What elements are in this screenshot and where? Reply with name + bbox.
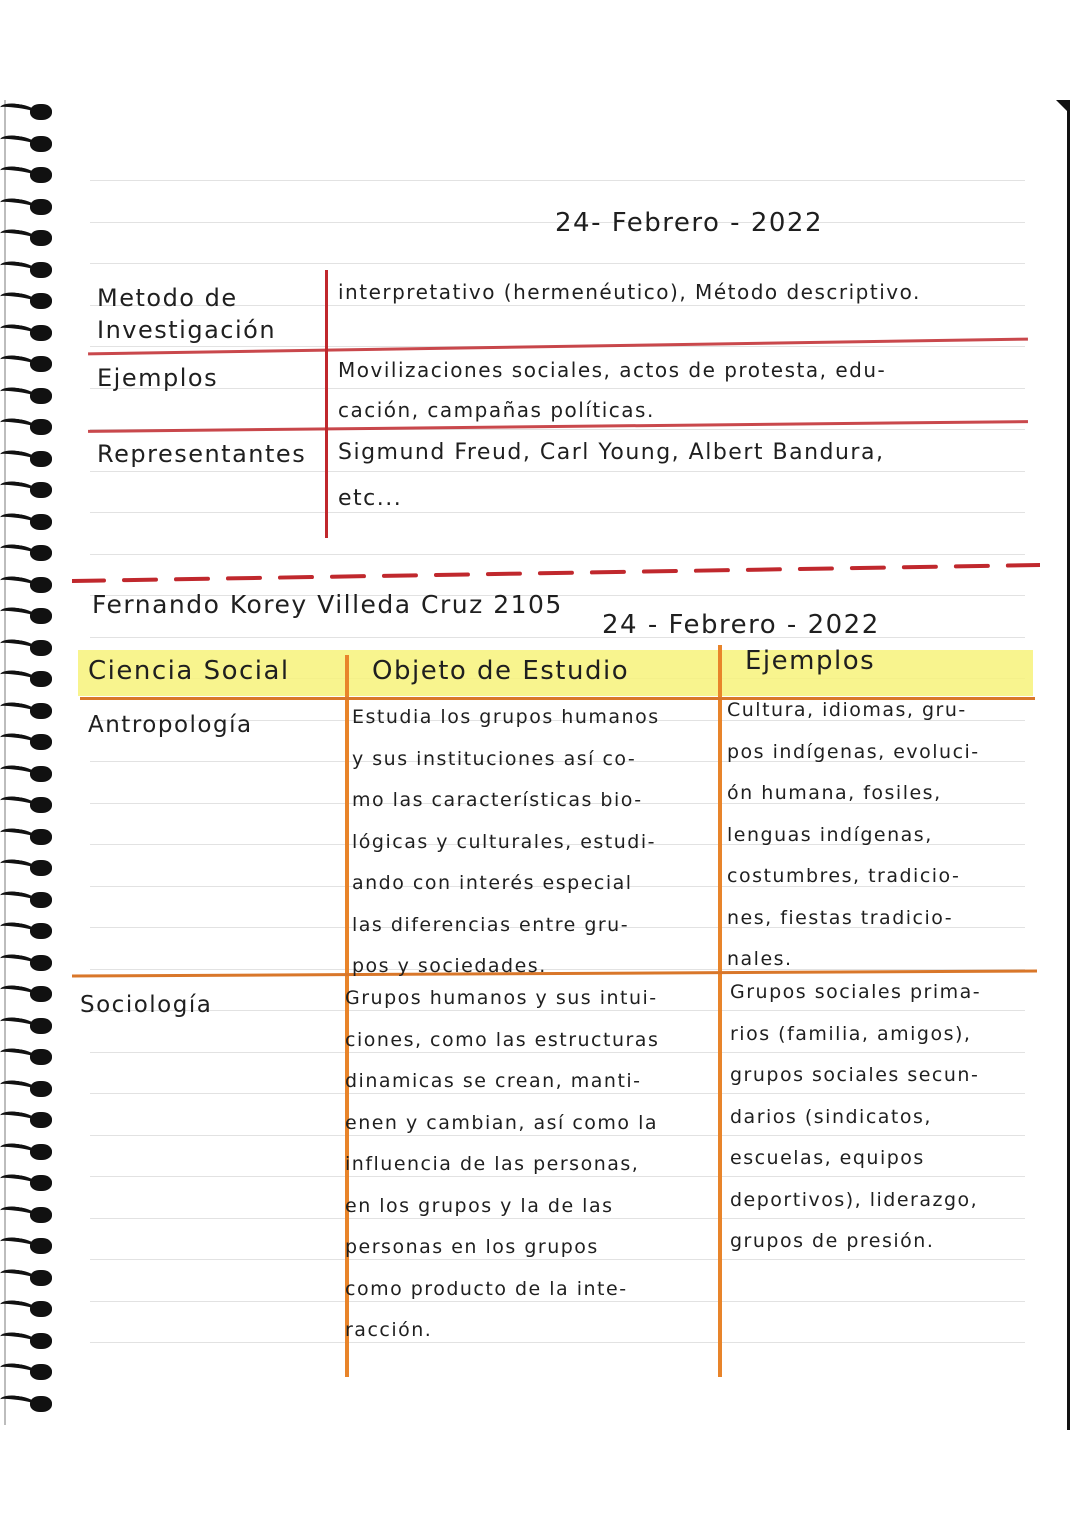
- spiral-coil: [0, 352, 52, 372]
- spiral-coil: [0, 415, 52, 435]
- spiral-coil: [0, 478, 52, 498]
- spiral-coil: [0, 1203, 52, 1223]
- spiral-coil: [0, 321, 52, 341]
- science-sociologia: Sociología: [80, 992, 212, 1018]
- spiral-coil: [0, 510, 52, 530]
- table1-divider: [325, 270, 328, 538]
- spiral-coil: [0, 132, 52, 152]
- example-line: costumbres, tradicio-: [727, 856, 980, 898]
- spiral-binding: [0, 100, 60, 1430]
- spiral-coil: [0, 195, 52, 215]
- spiral-coil: [0, 825, 52, 845]
- page-edge: [1067, 100, 1080, 1430]
- row-label-ejemplos: Ejemplos: [97, 362, 218, 394]
- object-line: influencia de las personas,: [345, 1144, 659, 1186]
- object-line: enen y cambian, así como la: [345, 1103, 659, 1145]
- object-line: como producto de la inte-: [345, 1269, 659, 1311]
- spiral-coil: [0, 1077, 52, 1097]
- spiral-coil: [0, 226, 52, 246]
- section2-date: 24 - Febrero - 2022: [602, 610, 880, 640]
- example-line: Grupos sociales prima-: [730, 972, 981, 1014]
- example-line: grupos sociales secun-: [730, 1055, 981, 1097]
- science-antropologia: Antropología: [88, 712, 253, 738]
- example-line: lenguas indígenas,: [727, 815, 980, 857]
- spiral-coil: [0, 667, 52, 687]
- spiral-coil: [0, 258, 52, 278]
- object-line: lógicas y culturales, estudi-: [352, 822, 660, 864]
- object-line: personas en los grupos: [345, 1227, 659, 1269]
- object-sociologia: Grupos humanos y sus intui-ciones, como …: [345, 978, 659, 1352]
- author-name: Fernando Korey Villeda Cruz 2105: [92, 590, 563, 619]
- object-line: y sus instituciones así co-: [352, 739, 660, 781]
- object-line: ciones, como las estructuras: [345, 1020, 659, 1062]
- spiral-coil: [0, 1171, 52, 1191]
- spiral-coil: [0, 604, 52, 624]
- header-objeto-estudio: Objeto de Estudio: [372, 656, 629, 686]
- object-line: las diferencias entre gru-: [352, 905, 660, 947]
- example-line: darios (sindicatos,: [730, 1097, 981, 1139]
- spiral-coil: [0, 447, 52, 467]
- section1-date: 24- Febrero - 2022: [555, 208, 823, 238]
- table2-divider: [718, 645, 722, 1377]
- example-line: pos indígenas, evoluci-: [727, 732, 980, 774]
- row-content-representantes: Sigmund Freud, Carl Young, Albert Bandur…: [338, 430, 1038, 522]
- spiral-coil: [0, 100, 52, 120]
- header-ejemplos: Ejemplos: [745, 646, 875, 676]
- examples-antropologia: Cultura, idiomas, gru-pos indígenas, evo…: [727, 690, 980, 981]
- examples-sociologia: Grupos sociales prima-rios (familia, ami…: [730, 972, 981, 1263]
- row-content-ejemplos: Movilizaciones sociales, actos de protes…: [338, 350, 1038, 430]
- spiral-coil: [0, 856, 52, 876]
- spiral-coil: [0, 919, 52, 939]
- spiral-coil: [0, 1045, 52, 1065]
- spiral-coil: [0, 1234, 52, 1254]
- spiral-coil: [0, 289, 52, 309]
- example-line: Cultura, idiomas, gru-: [727, 690, 980, 732]
- row-label-metodo: Metodo de Investigación: [97, 282, 276, 346]
- object-line: Estudia los grupos humanos: [352, 697, 660, 739]
- object-line: racción.: [345, 1310, 659, 1352]
- spiral-coil: [0, 573, 52, 593]
- spiral-coil: [0, 163, 52, 183]
- object-line: mo las características bio-: [352, 780, 660, 822]
- spiral-coil: [0, 1266, 52, 1286]
- spiral-coil: [0, 730, 52, 750]
- spiral-coil: [0, 1297, 52, 1317]
- spiral-coil: [0, 888, 52, 908]
- spiral-coil: [0, 1108, 52, 1128]
- object-line: ando con interés especial: [352, 863, 660, 905]
- spiral-coil: [0, 699, 52, 719]
- row-label-representantes: Representantes: [97, 438, 306, 470]
- object-antropologia: Estudia los grupos humanosy sus instituc…: [352, 697, 660, 988]
- object-line: dinamicas se crean, manti-: [345, 1061, 659, 1103]
- spiral-coil: [0, 636, 52, 656]
- spiral-coil: [0, 1140, 52, 1160]
- spiral-coil: [0, 793, 52, 813]
- spiral-coil: [0, 541, 52, 561]
- header-ciencia-social: Ciencia Social: [88, 656, 290, 686]
- spiral-coil: [0, 1360, 52, 1380]
- object-line: en los grupos y la de las: [345, 1186, 659, 1228]
- example-line: escuelas, equipos: [730, 1138, 981, 1180]
- spiral-coil: [0, 384, 52, 404]
- example-line: deportivos), liderazgo,: [730, 1180, 981, 1222]
- spiral-coil: [0, 982, 52, 1002]
- row-content-metodo: interpretativo (hermenéutico), Método de…: [338, 272, 1038, 312]
- object-line: Grupos humanos y sus intui-: [345, 978, 659, 1020]
- example-line: ón humana, fosiles,: [727, 773, 980, 815]
- spiral-coil: [0, 762, 52, 782]
- spiral-coil: [0, 1392, 52, 1412]
- example-line: nes, fiestas tradicio-: [727, 898, 980, 940]
- spiral-coil: [0, 1329, 52, 1349]
- example-line: grupos de presión.: [730, 1221, 981, 1263]
- dashed-separator: [72, 563, 1040, 585]
- example-line: rios (familia, amigos),: [730, 1014, 981, 1056]
- spiral-coil: [0, 1014, 52, 1034]
- spiral-coil: [0, 951, 52, 971]
